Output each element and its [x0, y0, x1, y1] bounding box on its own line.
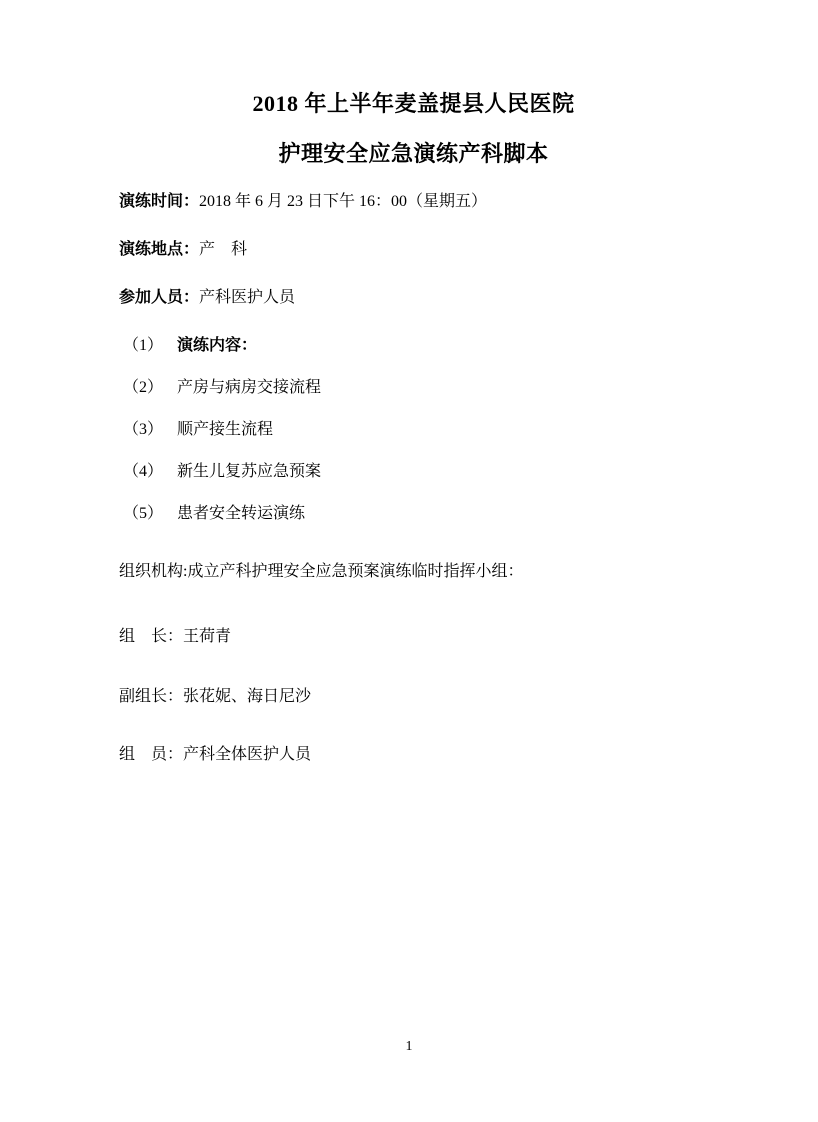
list-item-1: （1）演练内容：	[119, 334, 708, 358]
document-title-line2: 护理安全应急演练产科脚本	[119, 138, 708, 170]
organization-heading: 组织机构:成立产科护理安全应急预案演练临时指挥小组：	[119, 560, 708, 584]
participants-value: 产科医护人员	[199, 289, 295, 306]
members-label: 组 员：	[119, 746, 183, 763]
drill-content-list: （1）演练内容： （2）产房与病房交接流程 （3）顺产接生流程 （4）新生儿复苏…	[119, 334, 708, 526]
list-marker-3: （3）	[123, 418, 163, 442]
list-marker-1: （1）	[123, 334, 163, 358]
deputy-leaders-value: 张花妮、海日尼沙	[183, 688, 311, 705]
leader-value: 王荷青	[183, 628, 231, 645]
drill-time-value: 2018 年 6 月 23 日下午 16：00（星期五）	[199, 193, 487, 210]
list-item-5: （5）患者安全转运演练	[119, 502, 708, 526]
drill-location-value: 产 科	[199, 241, 247, 258]
list-item-3: （3）顺产接生流程	[119, 418, 708, 442]
org-member-deputy-leaders: 副组长：张花妮、海日尼沙	[119, 685, 708, 709]
document-title-line1: 2018 年上半年麦盖提县人民医院	[119, 0, 708, 120]
document-page: 2018 年上半年麦盖提县人民医院 护理安全应急演练产科脚本 演练时间：2018…	[0, 0, 818, 1122]
meta-row-drill-location: 演练地点：产 科	[119, 238, 708, 262]
list-text-4: 新生儿复苏应急预案	[177, 463, 321, 480]
meta-row-drill-time: 演练时间：2018 年 6 月 23 日下午 16：00（星期五）	[119, 190, 708, 214]
list-text-2: 产房与病房交接流程	[177, 379, 321, 396]
members-value: 产科全体医护人员	[183, 746, 311, 763]
drill-location-label: 演练地点：	[119, 241, 199, 258]
document-content: 2018 年上半年麦盖提县人民医院 护理安全应急演练产科脚本 演练时间：2018…	[0, 0, 818, 767]
list-marker-5: （5）	[123, 502, 163, 526]
list-bold-1: 演练内容：	[177, 337, 257, 354]
list-marker-2: （2）	[123, 376, 163, 400]
participants-label: 参加人员：	[119, 289, 199, 306]
org-member-leader: 组 长：王荷青	[119, 625, 708, 649]
meta-row-participants: 参加人员：产科医护人员	[119, 286, 708, 310]
org-member-members: 组 员：产科全体医护人员	[119, 743, 708, 767]
drill-time-label: 演练时间：	[119, 193, 199, 210]
list-text-3: 顺产接生流程	[177, 421, 273, 438]
list-marker-4: （4）	[123, 460, 163, 484]
list-text-5: 患者安全转运演练	[177, 505, 305, 522]
leader-label: 组 长：	[119, 628, 183, 645]
list-item-2: （2）产房与病房交接流程	[119, 376, 708, 400]
deputy-leaders-label: 副组长：	[119, 688, 183, 705]
page-number: 1	[0, 1038, 818, 1056]
list-item-4: （4）新生儿复苏应急预案	[119, 460, 708, 484]
